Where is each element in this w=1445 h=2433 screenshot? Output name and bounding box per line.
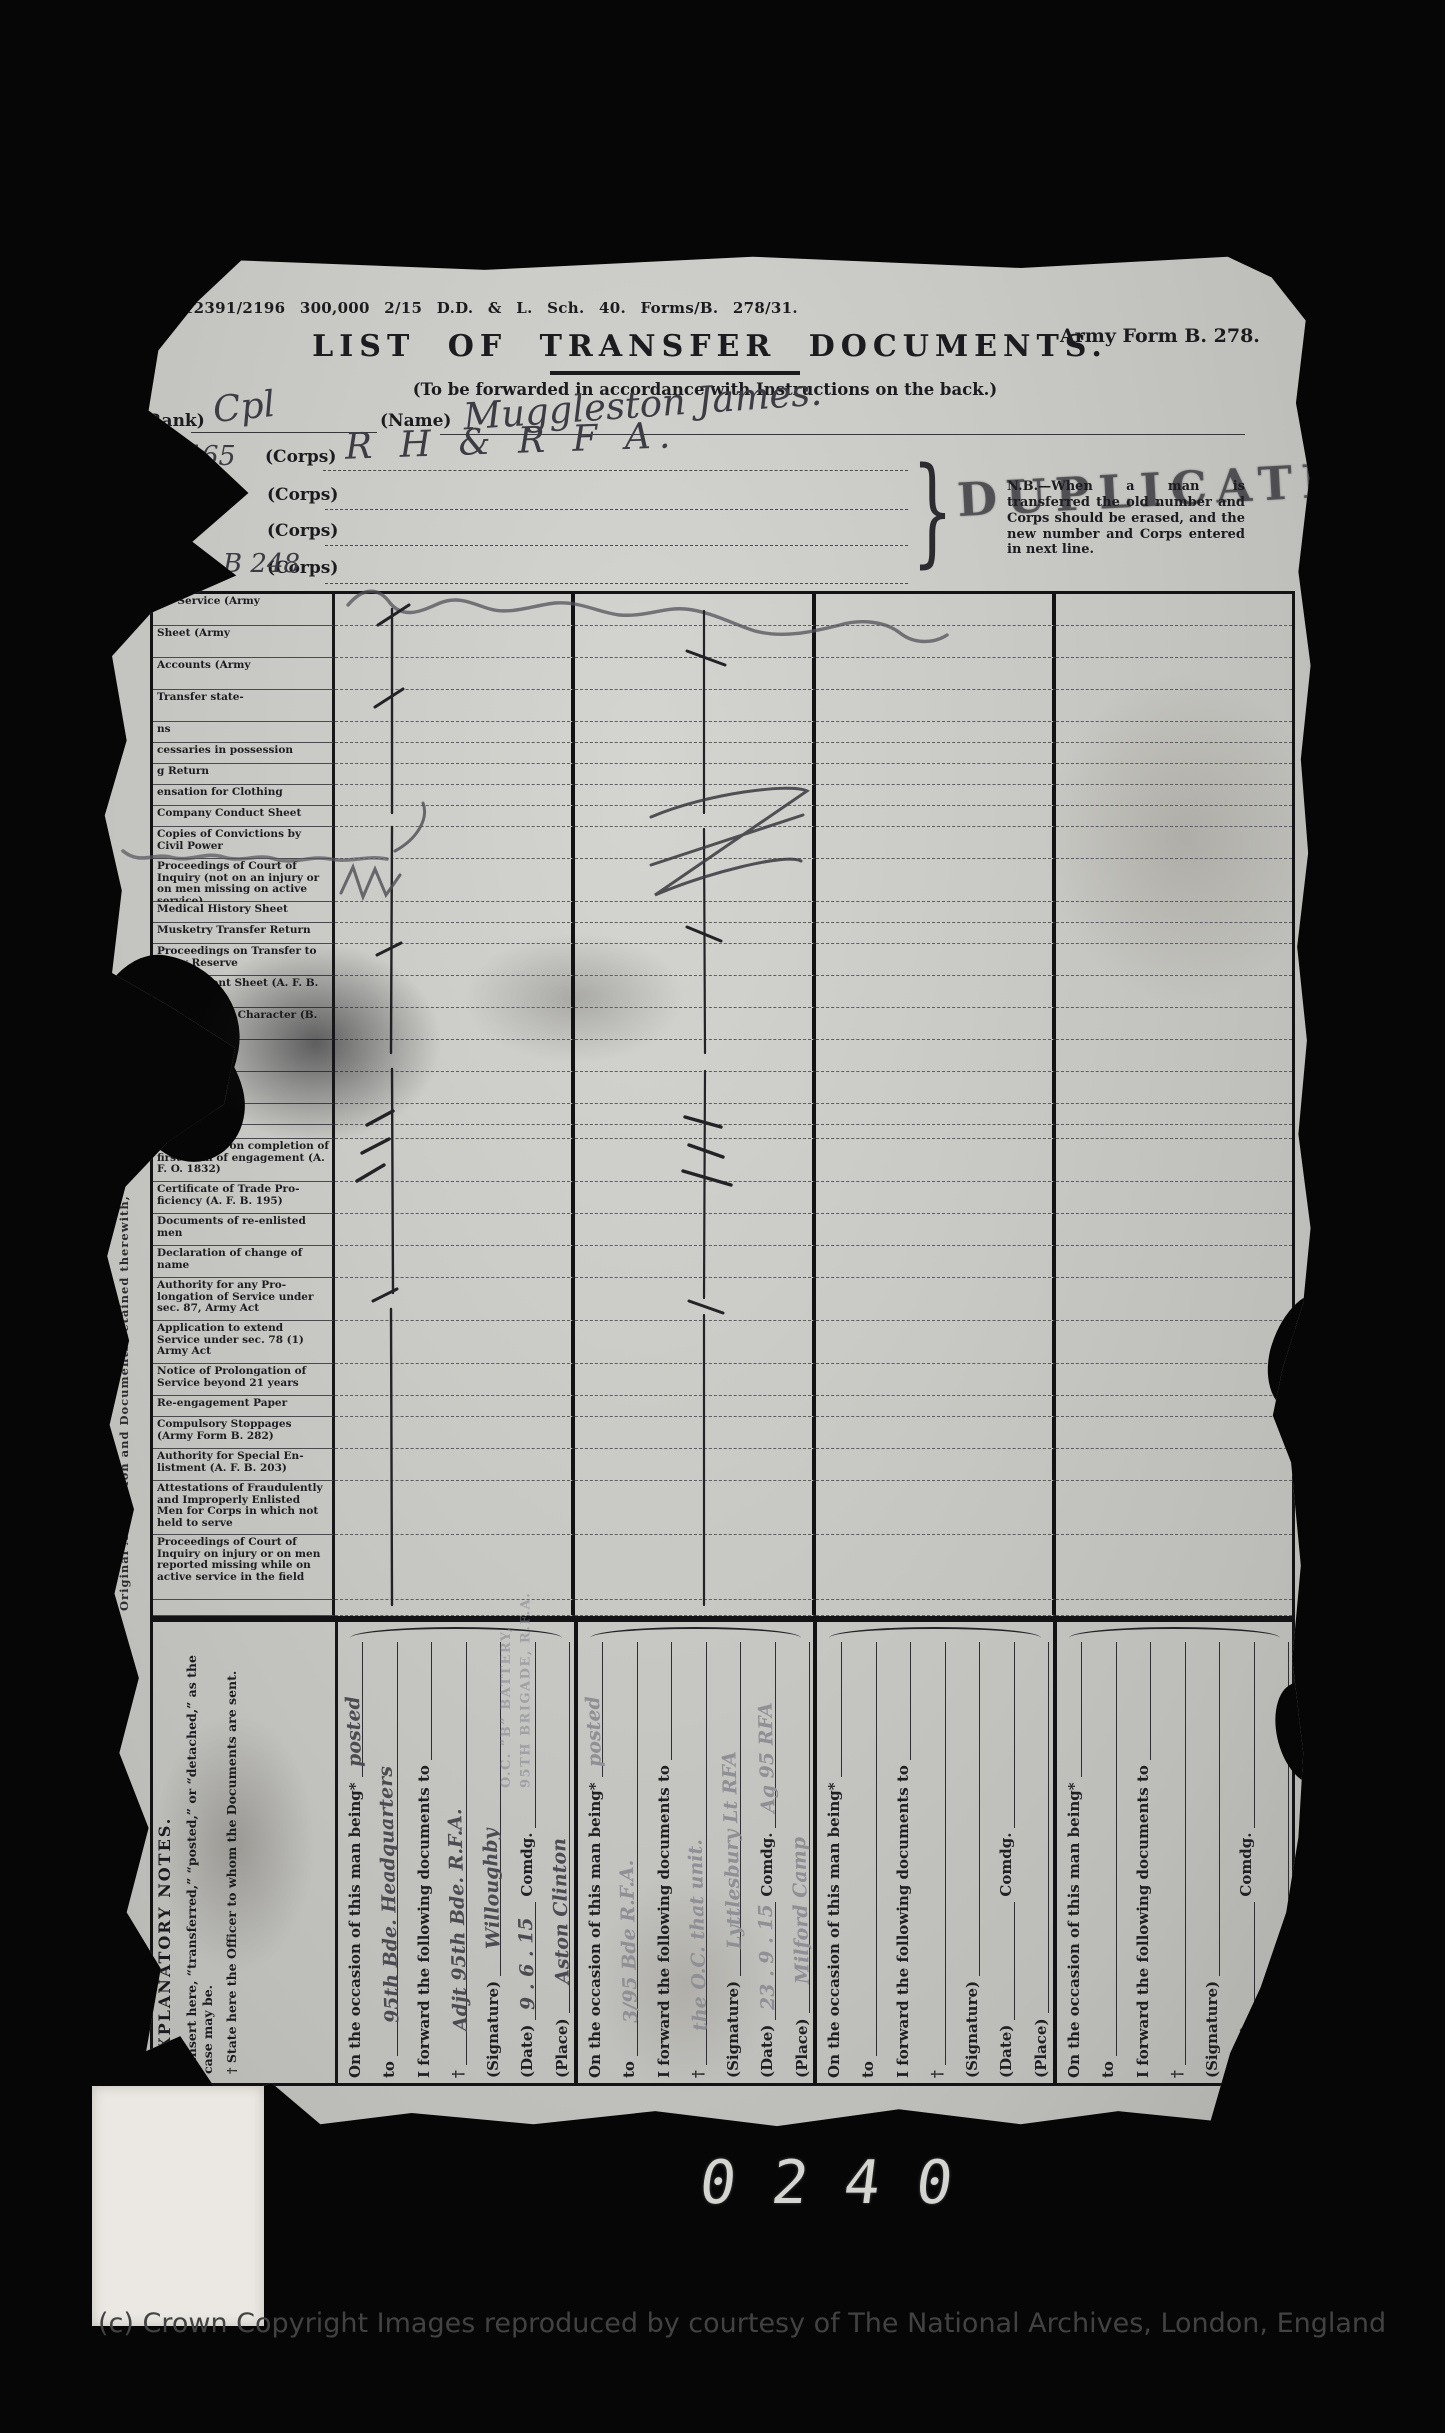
table-cell <box>335 1364 575 1396</box>
table-cell <box>1056 923 1292 944</box>
comdg-label: Comdg. <box>519 1833 536 1897</box>
comdg-line <box>994 1642 1015 1828</box>
table-cell <box>1056 1278 1292 1321</box>
table-cell <box>1056 1364 1292 1396</box>
table-cell <box>816 1535 1056 1600</box>
table-cell <box>575 1139 815 1182</box>
table-row: Documents of re-enlisted men <box>153 1214 1292 1246</box>
signature-label: (Signature) <box>485 1981 502 2078</box>
table-cell <box>1056 1246 1292 1278</box>
transfer-block-1: On the occasion of this man being*posted… <box>338 1622 578 2083</box>
comdg-line: Ag 95 RFA <box>754 1642 775 1828</box>
table-row: ns <box>153 722 1292 743</box>
document-type-label: Notice of Prolongation of Service beyond… <box>153 1364 335 1396</box>
table-cell <box>335 764 575 785</box>
table-cell <box>1056 1008 1292 1040</box>
being-value: posted <box>583 1695 606 1766</box>
dagger-line: Adjt 95th Bde. R.F.A. <box>446 1642 467 2065</box>
table-cell <box>816 827 1056 859</box>
table-cell <box>335 743 575 764</box>
being-label: On the occasion of this man being* <box>1065 1782 1082 2078</box>
document-type-label: Accounts (Army <box>153 658 335 690</box>
note-dagger: † State here the Officer to whom the Doc… <box>224 1642 240 2074</box>
document-paper: t.W12391/2196 300,000 2/15 D.D. & L. Sch… <box>95 253 1313 2128</box>
table-row: Company Conduct Sheet <box>153 806 1292 827</box>
corps-line-4 <box>325 583 908 584</box>
place-line <box>1028 1642 1049 2013</box>
table-cell <box>335 1600 575 1616</box>
table-cell <box>335 1417 575 1449</box>
table-cell <box>335 658 575 690</box>
table-cell <box>816 1040 1056 1072</box>
date-line <box>994 1902 1015 2020</box>
corps-line-1 <box>323 470 908 471</box>
date-label: (Date) <box>519 2025 536 2078</box>
document-type-label: Documents of re-enlisted men <box>153 1214 335 1246</box>
form-imprint-line: t.W12391/2196 300,000 2/15 D.D. & L. Sch… <box>153 299 798 317</box>
table-cell <box>1056 594 1292 626</box>
to-label: to <box>860 2061 877 2078</box>
table-row: Declaration on completion of first term … <box>153 1139 1292 1182</box>
document-type-label: Sheet (Army <box>153 626 335 658</box>
table-cell <box>335 1104 575 1125</box>
dagger-glyph: † <box>929 2070 946 2078</box>
table-cell <box>575 1417 815 1449</box>
table-cell <box>816 1364 1056 1396</box>
table-cell <box>1056 764 1292 785</box>
table-cell <box>335 1449 575 1481</box>
table-row: Declaration of change of name <box>153 1246 1292 1278</box>
table-cell <box>816 722 1056 743</box>
transfer-block-4: On the occasion of this man being* to I … <box>1057 1622 1293 2083</box>
document-type-label: g Return <box>153 764 335 785</box>
table-cell <box>1056 658 1292 690</box>
table-cell <box>575 1040 815 1072</box>
explanatory-notes-margin: EXPLANATORY NOTES. * Insert here, “trans… <box>153 1622 338 2083</box>
table-cell <box>1056 1182 1292 1214</box>
table-cell <box>1056 902 1292 923</box>
date-line: 9 . 6 . 15 <box>515 1902 536 2020</box>
table-cell <box>816 594 1056 626</box>
table-cell <box>816 944 1056 976</box>
to-label: to <box>621 2061 638 2078</box>
document-type-label <box>153 1600 335 1616</box>
table-cell <box>335 1072 575 1104</box>
place-value: Milford Camp <box>789 1836 814 1984</box>
table-cell <box>335 902 575 923</box>
comdg-label: Comdg. <box>1238 1833 1255 1897</box>
notes-heading: EXPLANATORY NOTES. <box>155 1642 174 2064</box>
date-label: (Date) <box>1238 2025 1255 2078</box>
table-row: Proceedings of Court of Inquiry on injur… <box>153 1535 1292 1600</box>
table-cell <box>335 1182 575 1214</box>
comdg-label: Comdg. <box>998 1833 1015 1897</box>
annotation-handwriting: B 248 <box>223 549 300 579</box>
dagger-glyph: † <box>1169 2070 1186 2078</box>
being-value: posted <box>343 1695 366 1766</box>
to-label: to <box>1100 2061 1117 2078</box>
document-type-label: Attestations of Fraudu­lently and Improp… <box>153 1481 335 1535</box>
table-cell <box>816 1278 1056 1321</box>
table-cell <box>575 1535 815 1600</box>
signature-line <box>1199 1642 1220 1976</box>
table-cell <box>335 690 575 722</box>
table-cell <box>335 722 575 743</box>
table-cell <box>1056 1125 1292 1139</box>
table-cell <box>816 764 1056 785</box>
table-cell <box>1056 785 1292 806</box>
table-cell <box>816 1125 1056 1139</box>
table-row: cessaries in possession <box>153 743 1292 764</box>
forward-line <box>890 1642 911 1760</box>
table-cell <box>575 690 815 722</box>
table-cell <box>575 1278 815 1321</box>
table-cell <box>335 1321 575 1364</box>
to-label: to <box>381 2061 398 2078</box>
document-type-label: ensation for Clothing <box>153 785 335 806</box>
table-cell <box>335 923 575 944</box>
table-cell <box>816 785 1056 806</box>
table-cell <box>335 827 575 859</box>
table-cell <box>575 1104 815 1125</box>
table-cell <box>816 1321 1056 1364</box>
table-cell <box>575 1246 815 1278</box>
documents-table-rows: ive Service (ArmySheet (ArmyAccounts (Ar… <box>153 594 1292 1616</box>
document-type-label: Musketry Transfer Return <box>153 923 335 944</box>
dagger-glyph: † <box>450 2070 467 2078</box>
table-cell <box>1056 827 1292 859</box>
table-cell <box>816 1182 1056 1214</box>
document-type-label: ns <box>153 722 335 743</box>
transfer-block-3: On the occasion of this man being* to I … <box>817 1622 1057 2083</box>
table-cell <box>816 1481 1056 1535</box>
table-cell <box>335 1139 575 1182</box>
date-label: (Date) <box>998 2025 1015 2078</box>
table-cell <box>816 976 1056 1008</box>
to-value: 95th Bde. Headquarters <box>375 1766 403 2023</box>
table-cell <box>816 1104 1056 1125</box>
table-cell <box>1056 859 1292 902</box>
comdg-value: Ag 95 RFA <box>755 1702 779 1813</box>
place-line: Aston Clinton <box>549 1642 570 2013</box>
being-line: posted <box>342 1642 363 1777</box>
table-cell <box>1056 1139 1292 1182</box>
table-cell <box>1056 976 1292 1008</box>
date-value: 23 . 9 . 15 <box>755 1904 779 2010</box>
table-row: Proceedings on Transfer to Army Reserve <box>153 944 1292 976</box>
table-cell <box>1056 626 1292 658</box>
table-cell <box>816 806 1056 827</box>
table-row: Compulsory Stoppages (Army Form B. 282) <box>153 1417 1292 1449</box>
table-row: g Return <box>153 764 1292 785</box>
table-cell <box>1056 1600 1292 1616</box>
table-row: Notice of Prolongation of Service beyond… <box>153 1364 1292 1396</box>
table-cell <box>575 1072 815 1104</box>
table-cell <box>575 594 815 626</box>
table-cell <box>1056 1321 1292 1364</box>
table-cell <box>1056 1040 1292 1072</box>
table-cell <box>335 1278 575 1321</box>
table-cell <box>335 976 575 1008</box>
forward-line <box>651 1642 672 1760</box>
table-cell <box>575 1125 815 1139</box>
date-label: (Date) <box>759 2025 776 2078</box>
table-row: Certificate of Trade Pro­ficiency (A. F.… <box>153 1182 1292 1214</box>
table-cell <box>575 976 815 1008</box>
forward-label: I forward the following documents to <box>1134 1765 1151 2078</box>
table-cell <box>575 1214 815 1246</box>
corps-line-3 <box>325 545 908 546</box>
table-cell <box>575 743 815 764</box>
table-cell <box>575 1481 815 1535</box>
document-type-label: Company Conduct Sheet <box>153 806 335 827</box>
battery-stamp: O.C. “B” BATTERY, 95TH BRIGADE, R.F.A. <box>497 1553 536 1788</box>
curly-brace: } <box>912 451 953 569</box>
table-cell <box>816 1417 1056 1449</box>
table-cell <box>575 626 815 658</box>
table-row: Musketry Transfer Return <box>153 923 1292 944</box>
table-row: Employment Sheet (A. F. B. 2066) <box>153 976 1292 1008</box>
signature-value: Willoughby <box>481 1828 505 1949</box>
table-cell <box>575 923 815 944</box>
dagger-value: the O.C. that unit. <box>685 1839 711 2031</box>
transfer-block-2: On the occasion of this man being*posted… <box>578 1622 818 2083</box>
comdg-label: Comdg. <box>759 1833 776 1897</box>
place-label: (Place) <box>793 2018 810 2078</box>
table-cell <box>816 743 1056 764</box>
table-row: Medical History Sheet <box>153 902 1292 923</box>
table-row: Application to extend Service under sec.… <box>153 1321 1292 1364</box>
table-row: Authority for any Pro­longation of Servi… <box>153 1278 1292 1321</box>
signature-label: (Signature) <box>1203 1981 1220 2078</box>
dagger-line <box>1164 1642 1185 2065</box>
table-cell <box>575 764 815 785</box>
overbrace <box>590 1627 802 1638</box>
table-cell <box>575 806 815 827</box>
table-cell <box>335 785 575 806</box>
document-type-label: cessaries in possession <box>153 743 335 764</box>
table-cell <box>335 1246 575 1278</box>
table-cell <box>335 806 575 827</box>
table-row <box>153 1600 1292 1616</box>
rank-label: (Rank) <box>139 411 205 431</box>
table-cell <box>1056 806 1292 827</box>
signature-line: Lyttlesbury Lt RFA <box>720 1642 741 1976</box>
table-cell <box>1056 1214 1292 1246</box>
table-cell <box>816 658 1056 690</box>
table-cell <box>335 1396 575 1417</box>
table-cell <box>1056 944 1292 976</box>
page-title: LIST OF TRANSFER DOCUMENTS. <box>205 329 1215 364</box>
table-cell <box>816 690 1056 722</box>
document-type-label: Medical History Sheet <box>153 902 335 923</box>
corps-label-1: (Corps) <box>265 447 336 467</box>
table-cell <box>1056 1449 1292 1481</box>
table-cell <box>816 1008 1056 1040</box>
table-cell <box>575 1396 815 1417</box>
table-cell <box>816 1214 1056 1246</box>
table-cell <box>575 658 815 690</box>
table-row: ensation for Clothing <box>153 785 1292 806</box>
table-cell <box>335 1535 575 1600</box>
documents-table: ive Service (ArmySheet (ArmyAccounts (Ar… <box>150 591 1295 1619</box>
table-cell <box>816 1449 1056 1481</box>
document-type-label: Certificate of Trade Pro­ficiency (A. F.… <box>153 1182 335 1214</box>
being-label: On the occasion of this man being* <box>826 1782 843 2078</box>
table-cell <box>816 626 1056 658</box>
corps-label-3: (Corps) <box>267 521 338 541</box>
document-type-label: Declaration of change of name <box>153 1246 335 1278</box>
table-cell <box>575 1182 815 1214</box>
table-row: Transfer state- <box>153 690 1292 722</box>
table-row: pages (…2) <box>153 1040 1292 1072</box>
document-type-label: Authority for Special En­listment (A. F.… <box>153 1449 335 1481</box>
table-row: nalty (…) <box>153 1072 1292 1104</box>
document-type-label: Re-engagement Paper <box>153 1396 335 1417</box>
table-cell <box>575 1449 815 1481</box>
being-label: On the occasion of this man being* <box>586 1782 603 2078</box>
table-row: Accounts (Army <box>153 658 1292 690</box>
dagger-line: the O.C. that unit. <box>685 1642 706 2065</box>
overbrace <box>829 1627 1041 1638</box>
table-cell <box>335 1125 575 1139</box>
table-cell <box>335 626 575 658</box>
nb-note: N.B.—When a man is transferred the old n… <box>1007 479 1245 558</box>
table-cell <box>575 859 815 902</box>
explanatory-notes: EXPLANATORY NOTES. * Insert here, “trans… <box>153 1636 327 2080</box>
table-cell <box>575 1008 815 1040</box>
table-row: Proceedings of Court of Inquiry (not on … <box>153 859 1292 902</box>
being-label: On the occasion of this man being* <box>347 1782 364 2078</box>
table-cell <box>1056 1396 1292 1417</box>
table-row: Attestations of Fraudu­lently and Improp… <box>153 1481 1292 1535</box>
table-cell <box>575 1321 815 1364</box>
table-row: Re-engagement Paper <box>153 1396 1292 1417</box>
table-cell <box>575 1364 815 1396</box>
place-label: (Place) <box>554 2018 571 2078</box>
to-value: 3/95 Bde R.F.A. <box>616 1859 641 2023</box>
being-line <box>821 1642 842 1777</box>
table-cell <box>1056 1417 1292 1449</box>
table-side-note: Original Attestation and Documents retai… <box>117 1025 131 1611</box>
place-value: Aston Clinton <box>549 1838 574 1984</box>
table-row <box>153 1125 1292 1139</box>
table-cell <box>335 1214 575 1246</box>
table-cell <box>335 1481 575 1535</box>
transfer-section: EXPLANATORY NOTES. * Insert here, “trans… <box>150 1619 1295 2086</box>
table-cell <box>816 1396 1056 1417</box>
table-cell <box>1056 690 1292 722</box>
forward-line <box>1130 1642 1151 1760</box>
dagger-value: Adjt 95th Bde. R.F.A. <box>445 1808 472 2031</box>
overbrace <box>1069 1627 1281 1638</box>
scanned-archive-page: { "header": { "imprint": "t.W12391/2196 … <box>0 0 1445 2433</box>
signature-value: Lyttlesbury Lt RFA <box>719 1751 745 1949</box>
table-row: Authority for Special En­listment (A. F.… <box>153 1449 1292 1481</box>
dagger-glyph: † <box>690 2070 707 2078</box>
table-cell <box>575 827 815 859</box>
document-type-label: Proceedings of Court of Inquiry on injur… <box>153 1535 335 1600</box>
table-cell <box>1056 1104 1292 1125</box>
signature-label: (Signature) <box>964 1981 981 2078</box>
table-cell <box>335 859 575 902</box>
document-type-label: Application to extend Service under sec.… <box>153 1321 335 1364</box>
date-line: 23 . 9 . 15 <box>754 1902 775 2020</box>
table-cell <box>1056 1072 1292 1104</box>
table-cell <box>816 1246 1056 1278</box>
document-type-label: Proceedings of Court of Inquiry (not on … <box>153 859 335 902</box>
white-patch <box>92 2086 264 2326</box>
forward-line <box>411 1642 432 1760</box>
table-cell <box>575 944 815 976</box>
corps-label-2: (Corps) <box>267 485 338 505</box>
table-cell <box>335 944 575 976</box>
place-line: Milford Camp <box>789 1642 810 2013</box>
frame-counter-digits: 0240 <box>696 2148 993 2218</box>
place-label: (Place) <box>1272 2018 1289 2078</box>
date-value: 9 . 6 . 15 <box>515 1917 538 2010</box>
table-row: Copies of Convictions by Civil Power <box>153 827 1292 859</box>
to-line <box>856 1642 877 2056</box>
to-line <box>1095 1642 1116 2056</box>
copyright-line: (c) Crown Copyright Images reproduced by… <box>98 2308 1428 2339</box>
dagger-line <box>925 1642 946 2065</box>
table-cell <box>816 1072 1056 1104</box>
document-type-label: Copies of Convictions by Civil Power <box>153 827 335 859</box>
note-asterisk: * Insert here, “transferred,” “posted,” … <box>184 1642 217 2074</box>
being-line <box>1061 1642 1082 1777</box>
table-cell <box>575 785 815 806</box>
table-cell <box>816 1139 1056 1182</box>
to-line: 3/95 Bde R.F.A. <box>616 1642 637 2056</box>
rank-value-handwriting: Cpl <box>211 384 277 431</box>
table-cell <box>1056 722 1292 743</box>
table-cell <box>816 859 1056 902</box>
table-row: ive Service (Army <box>153 594 1292 626</box>
forward-label: I forward the following documents to <box>416 1765 433 2078</box>
table-cell <box>816 902 1056 923</box>
table-row: Certificate of Character (B. 64) <box>153 1008 1292 1040</box>
table-cell <box>335 1008 575 1040</box>
table-row: nduct Sheet <box>153 1104 1292 1125</box>
being-line: posted <box>582 1642 603 1777</box>
place-label: (Place) <box>1033 2018 1050 2078</box>
signature-line <box>959 1642 980 1976</box>
date-line <box>1233 1902 1254 2020</box>
table-row: Sheet (Army <box>153 626 1292 658</box>
comdg-line <box>1233 1642 1254 1828</box>
table-cell <box>335 1040 575 1072</box>
to-line: 95th Bde. Headquarters <box>377 1642 398 2056</box>
corps-line-2 <box>325 509 908 510</box>
document-type-label: Compulsory Stoppages (Army Form B. 282) <box>153 1417 335 1449</box>
signature-label: (Signature) <box>724 1981 741 2078</box>
table-cell <box>816 1600 1056 1616</box>
table-cell <box>1056 1481 1292 1535</box>
table-cell <box>1056 1535 1292 1600</box>
forward-label: I forward the following documents to <box>655 1765 672 2078</box>
table-cell <box>575 722 815 743</box>
table-cell <box>335 594 575 626</box>
document-type-label: Transfer state- <box>153 690 335 722</box>
table-cell <box>575 902 815 923</box>
document-type-label: ive Service (Army <box>153 594 335 626</box>
regimental-number-handwriting: 2465 <box>167 441 236 472</box>
table-cell <box>1056 743 1292 764</box>
table-cell <box>816 923 1056 944</box>
document-type-label: pages (…2) <box>153 1040 335 1072</box>
table-cell <box>575 1600 815 1616</box>
